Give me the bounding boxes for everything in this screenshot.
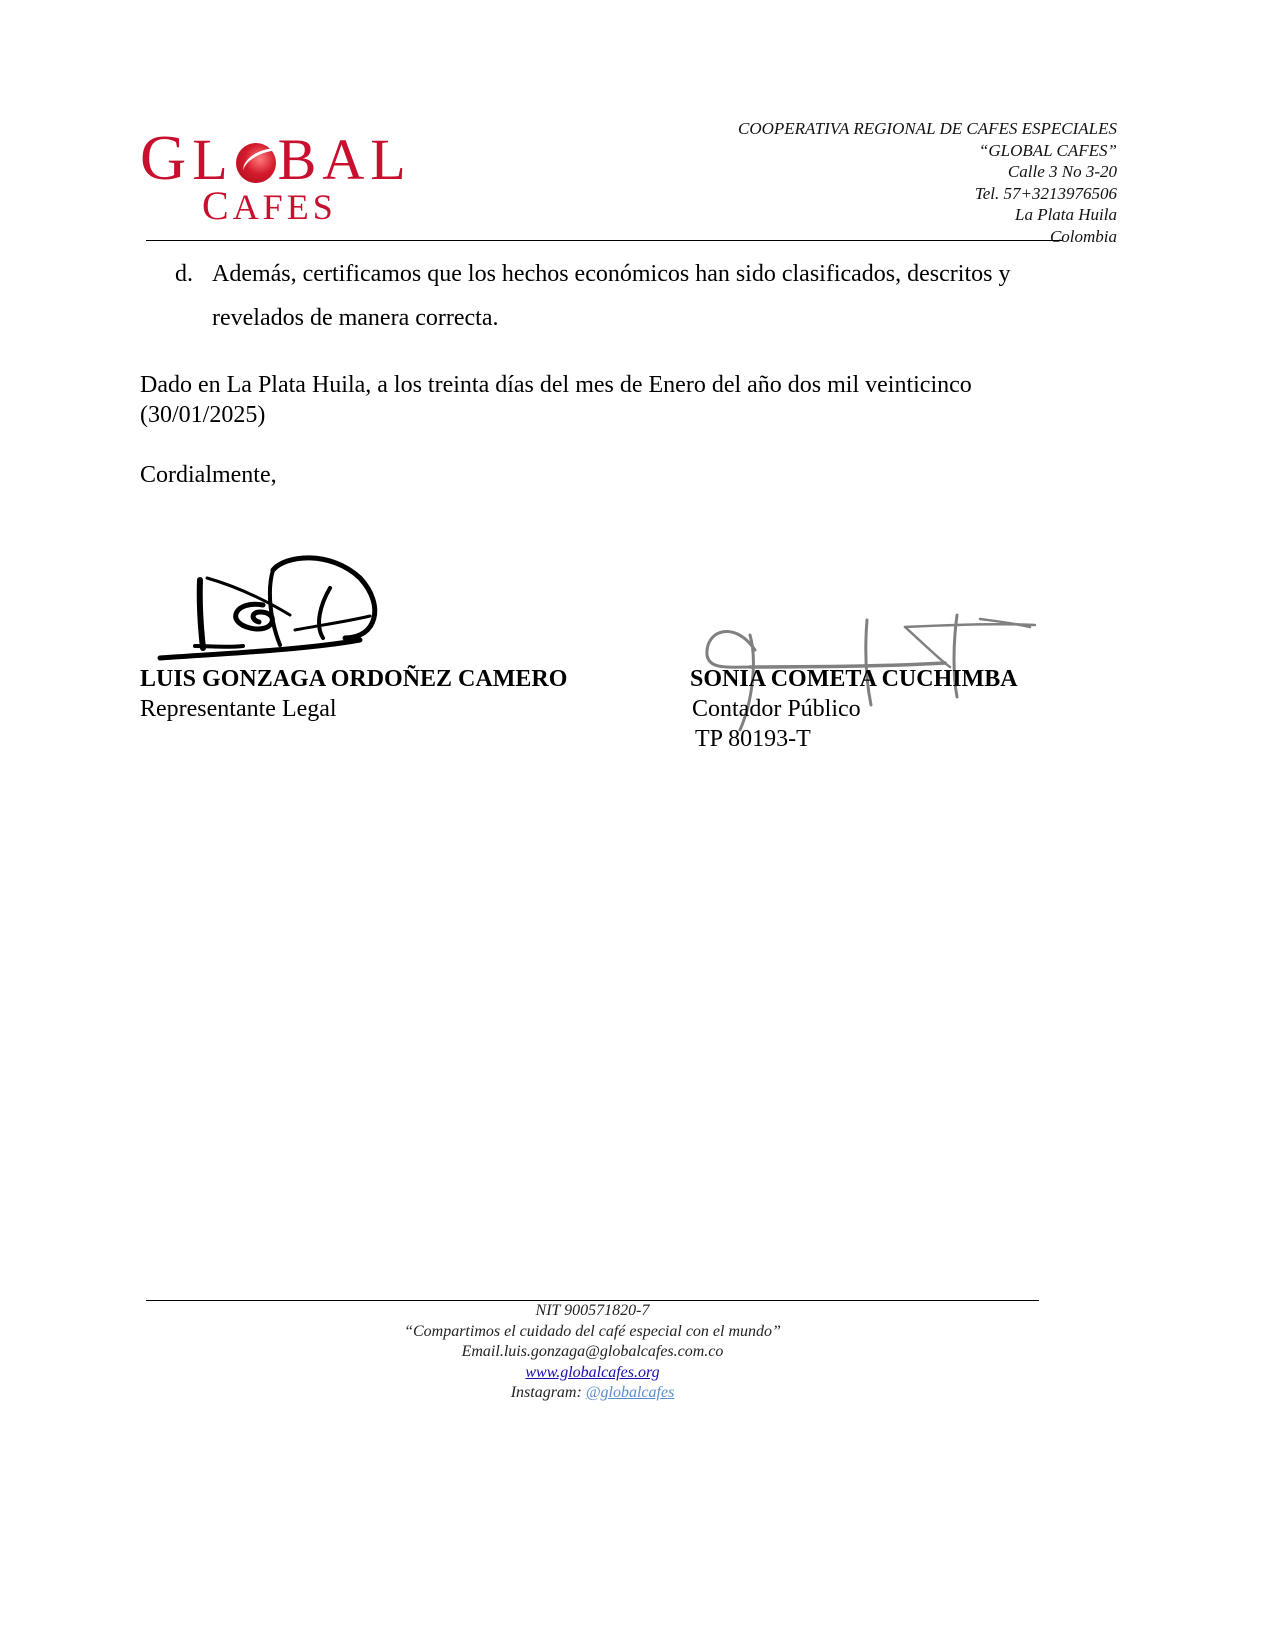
signature-legal-representative <box>155 550 385 665</box>
professional-license: TP 80193-T <box>690 724 1018 754</box>
footer-nit: NIT 900571820-7 <box>146 1301 1039 1322</box>
org-phone: Tel. 57+3213976506 <box>738 183 1117 205</box>
header-divider <box>146 240 1063 241</box>
instagram-link[interactable]: @globalcafes <box>586 1384 674 1401</box>
org-address: Calle 3 No 3-20 <box>738 161 1117 183</box>
global-cafes-logo: GLBAL CAFES <box>140 128 380 228</box>
date-place-paragraph: Dado en La Plata Huila, a los treinta dí… <box>140 370 1060 430</box>
organization-address-block: COOPERATIVA REGIONAL DE CAFES ESPECIALES… <box>738 118 1117 247</box>
footer-slogan: “Compartimos el cuidado del café especia… <box>146 1322 1039 1343</box>
signer-role: Contador Público <box>690 694 1018 724</box>
logo-wordmark-global: GLBAL <box>140 128 412 190</box>
closing-salutation: Cordialmente, <box>140 460 277 490</box>
org-short-name: “GLOBAL CAFES” <box>738 140 1117 162</box>
list-marker: d. <box>175 252 193 296</box>
signer-legal-representative: LUIS GONZAGA ORDOÑEZ CAMERO Representant… <box>140 664 567 724</box>
signer-name: LUIS GONZAGA ORDOÑEZ CAMERO <box>140 664 567 694</box>
footer: NIT 900571820-7 “Compartimos el cuidado … <box>146 1301 1039 1404</box>
globe-icon <box>236 143 276 183</box>
website-link[interactable]: www.globalcafes.org <box>525 1364 659 1381</box>
logo-wordmark-cafes: CAFES <box>202 186 337 227</box>
signer-name: SONIA COMETA CUCHIMBA <box>690 664 1018 694</box>
signer-role: Representante Legal <box>140 694 567 724</box>
org-name: COOPERATIVA REGIONAL DE CAFES ESPECIALES <box>738 118 1117 140</box>
instagram-label: Instagram: <box>511 1384 586 1401</box>
footer-email: Email.luis.gonzaga@globalcafes.com.co <box>146 1342 1039 1363</box>
signer-accountant: SONIA COMETA CUCHIMBA Contador Público T… <box>690 664 1018 754</box>
list-item-text: Además, certificamos que los hechos econ… <box>212 252 1052 340</box>
org-city: La Plata Huila <box>738 204 1117 226</box>
org-country: Colombia <box>738 226 1117 248</box>
